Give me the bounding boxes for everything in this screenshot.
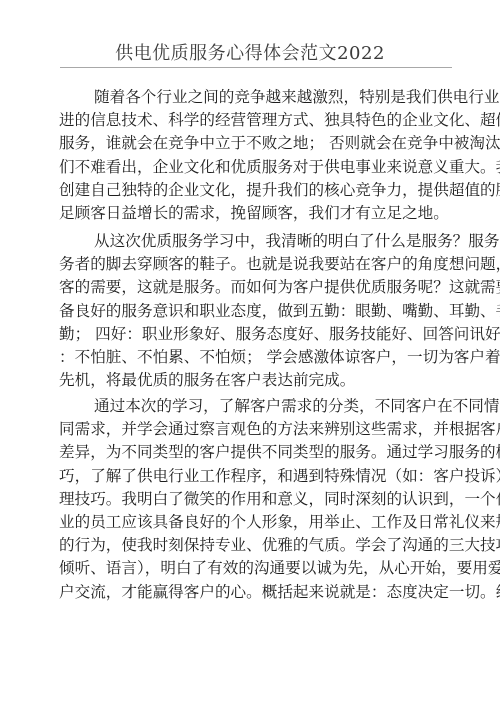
document-title: 供电优质服务心得体会范文2022	[0, 43, 500, 65]
text-line: 户交流，才能赢得客户的心。概括起来说就是：态度决定一切。细节决定	[59, 581, 451, 604]
text-line: 通过本次的学习，了解客户需求的分类，不同客户在不同情况下的不	[59, 395, 451, 418]
text-line: 随着各个行业之间的竞争越来越激烈，特别是我们供电行业，谁有先	[59, 86, 451, 109]
text-line: 倾听、语言），明白了有效的沟通要以诚为先，从心开始，要用爱心和客	[59, 557, 451, 580]
text-line: 务者的脚去穿顾客的鞋子。也就是说我要站在客户的角度想问题，满足顾	[59, 253, 451, 276]
text-line: 们不难看出，企业文化和优质服务对于供电事业来说意义重大。我们唯 有	[59, 156, 451, 179]
paragraph-1: 随着各个行业之间的竞争越来越激烈，特别是我们供电行业，谁有先 进的信息技术、科学…	[59, 86, 451, 225]
paragraph-2: 从这次优质服务学习中，我清晰的明白了什么是服务？服务就是用服 务者的脚去穿顾客的…	[59, 230, 451, 392]
text-line: ：不怕脏、不怕累、不怕烦； 学会感激体谅客户，一切为客户着想， 洞察	[59, 346, 451, 369]
document-page: 供电优质服务心得体会范文2022 随着各个行业之间的竞争越来越激烈，特别是我们供…	[0, 0, 500, 707]
text-line: 服务，谁就会在竞争中立于不败之地； 否则就会在竞争中被淘汰。从中 我	[59, 132, 451, 155]
text-line: 足顾客日益增长的需求，挽留顾客，我们才有立足之地。	[59, 202, 451, 225]
text-line: 客的需要，这就是服务。而如何为客户提供优质服务呢？这就需要我有具	[59, 276, 451, 299]
text-line: 从这次优质服务学习中，我清晰的明白了什么是服务？服务就是用服	[59, 230, 451, 253]
text-line: 进的信息技术、科学的经营管理方式、独具特色的企业文化、超值的优质	[59, 109, 451, 132]
text-line: 业的员工应该具备良好的个人形象，用举止、工作及日常礼仪来规范自己	[59, 511, 451, 534]
text-line: 勤； 四好：职业形象好、服务态度好、服务技能好、回答问讯好； 三 不怕	[59, 323, 451, 346]
text-line: 理技巧。我明白了微笑的作用和意义，同时深刻的认识到，一个优秀的企	[59, 488, 451, 511]
text-line: 同需求，并学会通过察言观色的方法来辨别这些需求，并根据客户类型的	[59, 418, 451, 441]
paragraph-3: 通过本次的学习，了解客户需求的分类，不同客户在不同情况下的不 同需求，并学会通过…	[59, 395, 451, 604]
text-line: 创建自己独特的企业文化，提升我们的核心竞争力，提供超值的服务来 满	[59, 179, 451, 202]
text-line: 差异，为不同类型的客户提供不同类型的服务。通过学习服务的标准与技	[59, 441, 451, 464]
text-line: 备良好的服务意识和职业态度，做到五勤：眼勤、嘴勤、耳勤、手勤、腿	[59, 300, 451, 323]
title-divider	[60, 67, 452, 68]
text-line: 巧，了解了供电行业工作程序，和遇到特殊情况（如：客户投诉）时的处	[59, 465, 451, 488]
text-line: 先机，将最优质的服务在客户表达前完成。	[59, 369, 451, 392]
text-line: 的行为，使我时刻保持专业、优雅的气质。学会了沟通的三大技巧（观察、	[59, 534, 451, 557]
